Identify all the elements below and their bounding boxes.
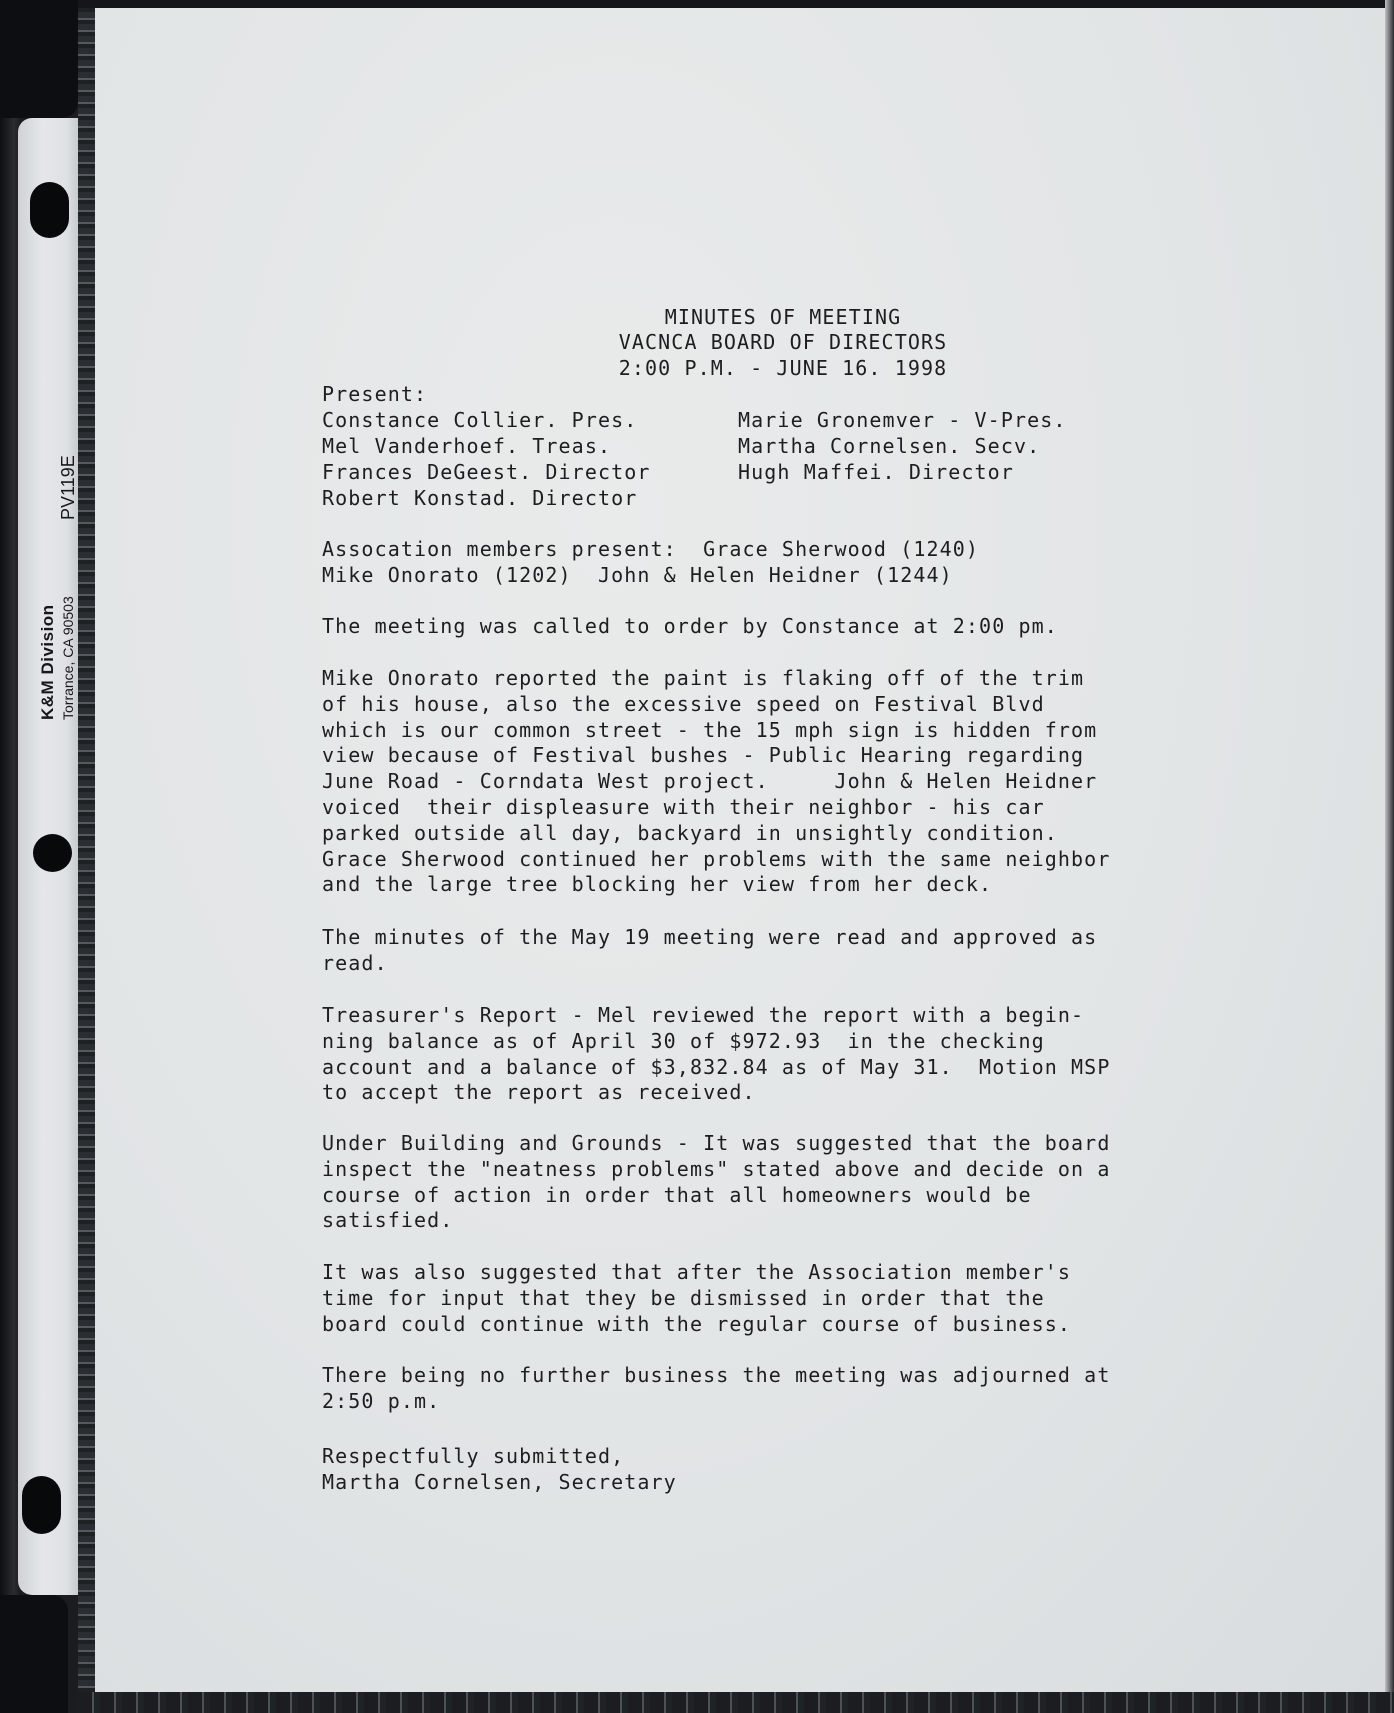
paragraph-line: June Road - Corndata West project. John …: [322, 769, 1097, 793]
paragraph-line: inspect the "neatness problems" stated a…: [322, 1157, 1110, 1181]
closing: Respectfully submitted,: [322, 1444, 624, 1468]
board-member: Hugh Maffei. Director: [738, 460, 1014, 484]
title-line: MINUTES OF MEETING: [452, 305, 1114, 329]
board-member: Mel Vanderhoef. Treas.: [322, 434, 611, 458]
call-to-order: The meeting was called to order by Const…: [322, 614, 1058, 638]
paragraph-line: view because of Festival bushes - Public…: [322, 743, 1084, 767]
paragraph-line: parked outside all day, backyard in unsi…: [322, 821, 1058, 845]
sleeve-left-edge: [0, 0, 20, 1713]
paragraph-line: The minutes of the May 19 meeting were r…: [322, 925, 1097, 949]
paragraph-line: There being no further business the meet…: [322, 1363, 1110, 1387]
title-line: VACNCA BOARD OF DIRECTORS: [452, 330, 1114, 354]
paragraph-line: Mike Onorato reported the paint is flaki…: [322, 666, 1084, 690]
paragraph-line: voiced their displeasure with their neig…: [322, 795, 1045, 819]
paragraph-line: Treasurer's Report - Mel reviewed the re…: [322, 1003, 1084, 1027]
paragraph-line: which is our common street - the 15 mph …: [322, 718, 1097, 742]
sleeve-address: Torrance, CA 90503: [60, 596, 76, 720]
paragraph-line: Grace Sherwood continued her problems wi…: [322, 847, 1110, 871]
paragraph-line: time for input that they be dismissed in…: [322, 1286, 1045, 1310]
paragraph-line: 2:50 p.m.: [322, 1389, 440, 1413]
paragraph-line: to accept the report as received.: [322, 1080, 756, 1104]
sleeve-seam-top: [78, 0, 1394, 8]
board-member: Robert Konstad. Director: [322, 486, 637, 510]
signatory: Martha Cornelsen, Secretary: [322, 1470, 677, 1494]
paragraph-line: and the large tree blocking her view fro…: [322, 872, 992, 896]
paragraph-line: ning balance as of April 30 of $972.93 i…: [322, 1029, 1045, 1053]
binder-hole-middle: [33, 834, 72, 872]
page-edge-right: [1385, 0, 1394, 1692]
paragraph-line: of his house, also the excessive speed o…: [322, 692, 1045, 716]
board-member: Martha Cornelsen. Secv.: [738, 434, 1040, 458]
board-member: Frances DeGeest. Director: [322, 460, 651, 484]
board-member: Marie Gronemver - V-Pres.: [738, 408, 1067, 432]
binder-hole-bottom: [22, 1476, 61, 1534]
sleeve-product-code: PV119E: [58, 455, 79, 520]
sleeve-seam-bottom: [78, 1692, 1394, 1713]
paragraph-line: Under Building and Grounds - It was sugg…: [322, 1131, 1110, 1155]
sleeve-seam-left: [78, 0, 96, 1713]
paragraph-line: board could continue with the regular co…: [322, 1312, 1071, 1336]
sleeve-bottom-corner: [0, 1595, 68, 1713]
paragraph-line: It was also suggested that after the Ass…: [322, 1260, 1071, 1284]
paragraph-line: satisfied.: [322, 1208, 453, 1232]
paragraph-line: account and a balance of $3,832.84 as of…: [322, 1055, 1110, 1079]
association-members: Mike Onorato (1202) John & Helen Heidner…: [322, 563, 953, 587]
present-label: Present:: [322, 382, 427, 406]
sleeve-company: K&M Division: [38, 604, 58, 720]
sleeve-top-corner: [0, 0, 78, 118]
association-members: Assocation members present: Grace Sherwo…: [322, 537, 979, 561]
paragraph-line: read.: [322, 951, 388, 975]
paragraph-line: course of action in order that all homeo…: [322, 1183, 1032, 1207]
board-member: Constance Collier. Pres.: [322, 408, 637, 432]
title-line: 2:00 P.M. - JUNE 16. 1998: [452, 356, 1114, 380]
binder-hole-top: [30, 182, 69, 238]
